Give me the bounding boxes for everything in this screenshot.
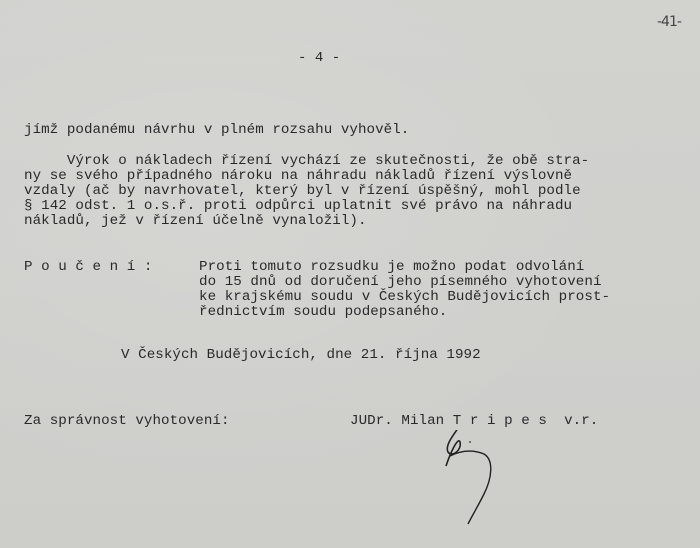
paragraph-line: vzdaly (ač by navrhovatel, který byl v ř… (24, 184, 581, 199)
instruction-line: do 15 dnů od doručení jeho písemného vyh… (199, 275, 602, 290)
signatory-name: JUDr. Milan T r i p e s v.r. (350, 414, 598, 429)
paragraph-line: jímž podanému návrhu v plném rozsahu vyh… (24, 123, 409, 138)
place-and-date: V Českých Budějovicích, dne 21. října 19… (121, 348, 481, 363)
corner-page-mark: -41- (657, 14, 681, 30)
paragraph-line: § 142 odst. 1 o.s.ř. proti odpůrci uplat… (24, 199, 572, 214)
certification-label: Za správnost vyhotovení: (24, 414, 230, 429)
instruction-line: Proti tomuto rozsudku je možno podat odv… (199, 260, 584, 275)
instruction-line: řednictvím soudu podepsaného. (199, 305, 447, 320)
instruction-label: P o u č e n í : (24, 260, 152, 275)
paragraph-line: nákladů, jež v řízení účelně vynaložil). (24, 214, 367, 229)
page-number: - 4 - (298, 51, 340, 66)
paragraph-line: ny se svého případného nároku na náhradu… (24, 169, 572, 184)
document-page: -41- - 4 - jímž podanému návrhu v plném … (0, 0, 700, 548)
instruction-line: ke krajskému soudu v Českých Budějovicíc… (199, 290, 610, 305)
paragraph-line: Výrok o nákladech řízení vychází ze skut… (24, 154, 589, 169)
signature-mark (440, 430, 520, 530)
